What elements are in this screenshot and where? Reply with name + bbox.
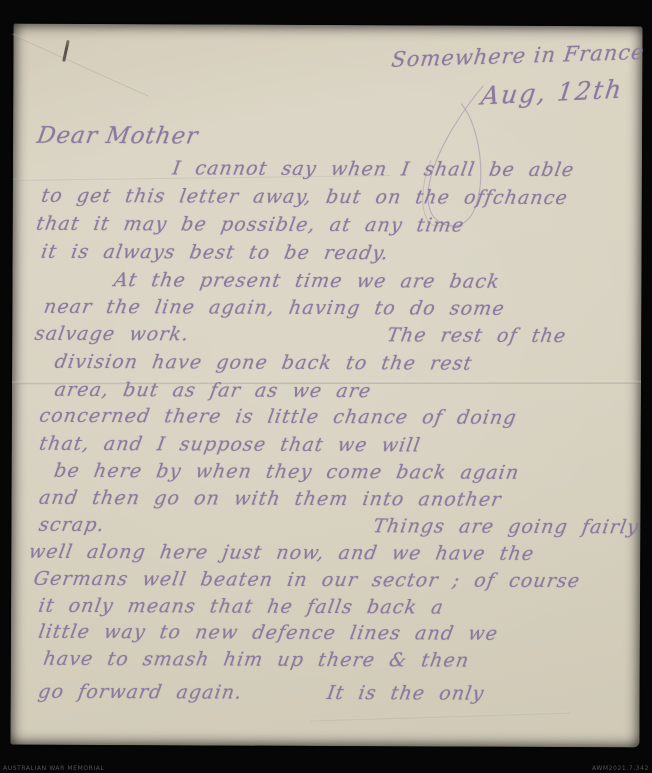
letter-line: it only means that he falls back a xyxy=(37,595,446,619)
letter-line: go forward again. It is the only xyxy=(37,681,486,705)
letter-line: area, but as far as we are xyxy=(53,379,373,402)
letter-line: and then go on with them into another xyxy=(37,487,503,511)
letter-line: scrap. Things are going fairly xyxy=(37,514,640,539)
letter-line: have to smash him up there & then xyxy=(42,648,471,672)
letter-line: At the present time we are back xyxy=(112,269,501,293)
letter-line: that, and I suppose that we will xyxy=(38,433,423,457)
letter-line: Germans well beaten in our sector ; of c… xyxy=(32,568,582,592)
archive-label-left: AUSTRALIAN WAR MEMORIAL xyxy=(3,765,104,772)
letter-line: little way to new defence lines and we xyxy=(37,621,500,645)
letter-line: I cannot say when I shall be able xyxy=(171,157,576,181)
letter-page: Somewhere in France Aug, 12th Dear Mothe… xyxy=(10,24,642,748)
letter-line: division have gone back to the rest xyxy=(53,351,474,375)
letter-line: concerned there is little chance of doin… xyxy=(38,405,519,429)
letter-line: near the line again, having to do some xyxy=(42,296,506,320)
letter-line: salvage work. The rest of the xyxy=(33,323,568,347)
letter-line: well along here just now, and we have th… xyxy=(27,541,536,565)
letter-line: to get this letter away, but on the offc… xyxy=(40,185,570,209)
letter-body: I cannot say when I shall be ableto get … xyxy=(10,24,642,748)
letter-line: that it may be possible, at any time xyxy=(35,213,466,237)
archive-label-right: AWM2021.7.342 xyxy=(592,765,649,772)
letter-line: it is always best to be ready. xyxy=(40,241,391,265)
scan-background: Somewhere in France Aug, 12th Dear Mothe… xyxy=(0,0,652,773)
letter-line: be here by when they come back again xyxy=(53,460,522,484)
